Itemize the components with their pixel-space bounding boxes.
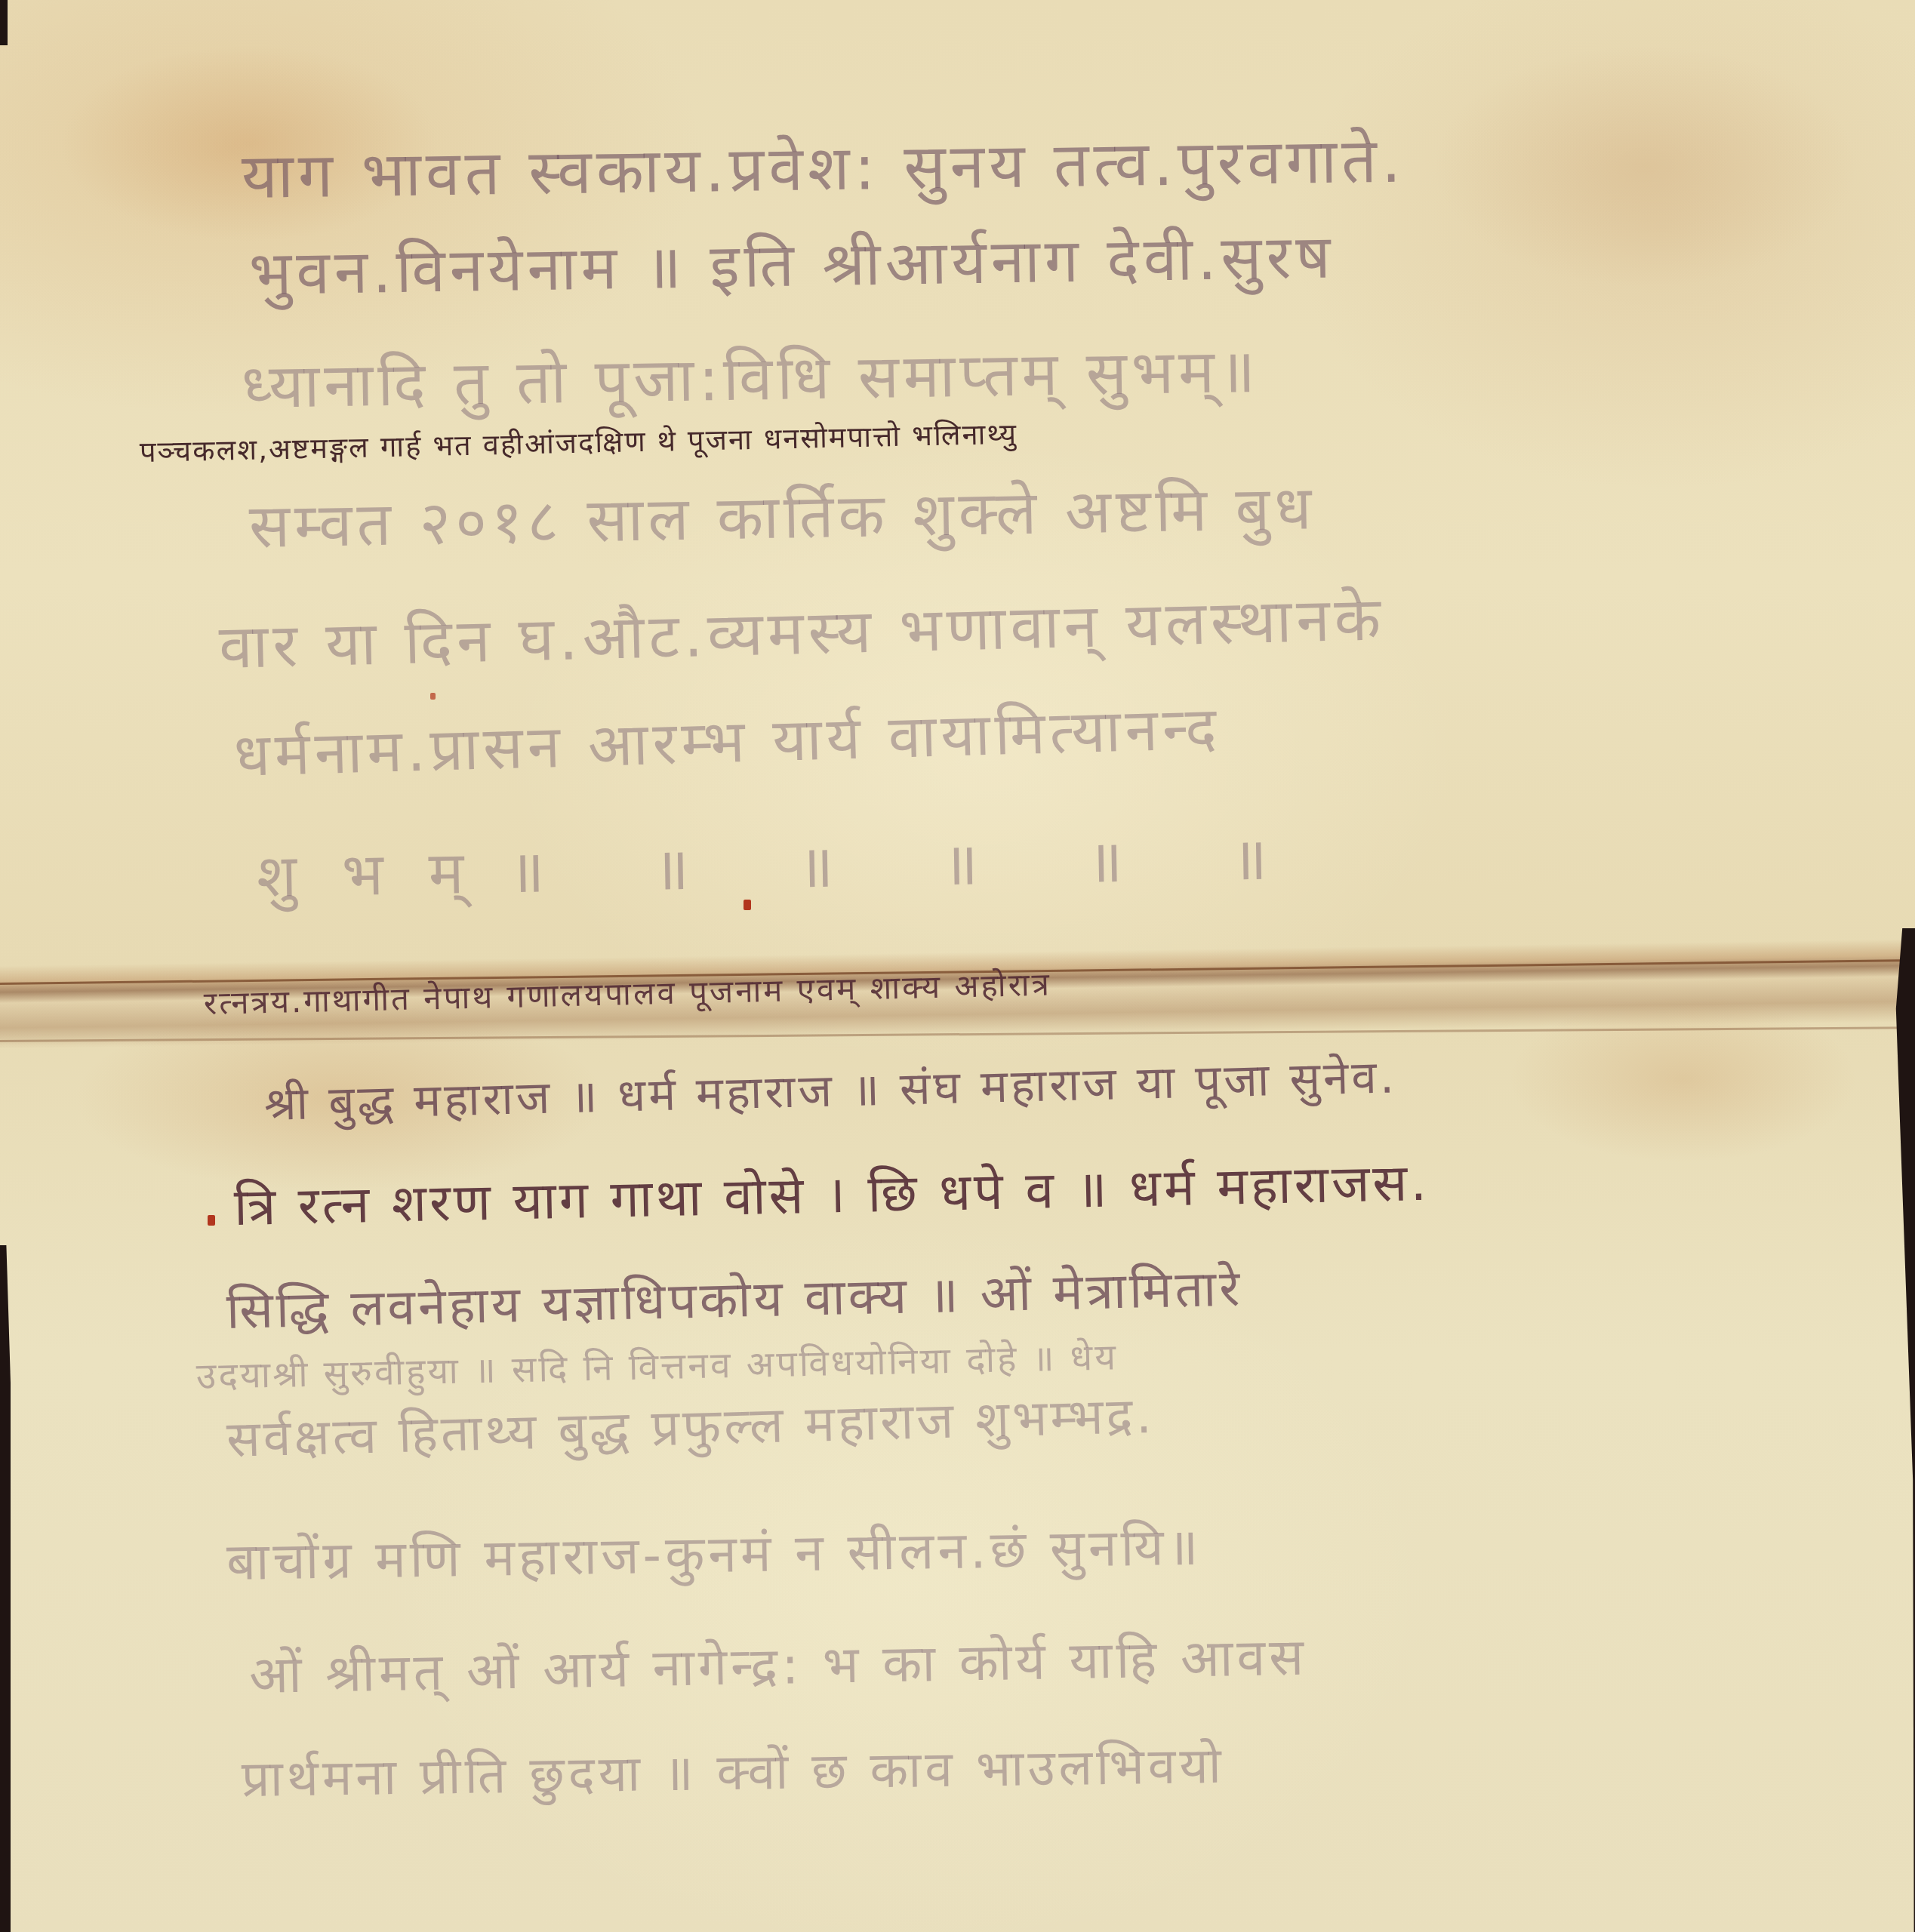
manuscript-line-3: ध्यानादि तु तो पूजा:विधि समाप्तम् सुभम्॥ xyxy=(241,328,1261,426)
manuscript-line-13: बाचोंग्र मणि महाराज-कुनमं न सीलन.छं सुनय… xyxy=(226,1509,1202,1595)
page-edge-left-top xyxy=(0,0,8,45)
manuscript-line-date: सम्वत २०१८ साल कार्तिक शुक्ले अष्टमि बुध xyxy=(248,464,1316,565)
manuscript-line-6: धर्मनाम.प्रासन आरम्भ यार्य वायामित्यानन्… xyxy=(233,686,1222,793)
manuscript-line-10: सिद्धि लवनेहाय यज्ञाधिपकोय वाक्य ॥ ओं मे… xyxy=(226,1252,1243,1343)
manuscript-line-2: भुवन.विनयेनाम ॥ इति श्रीआर्यनाग देवी.सुर… xyxy=(248,213,1335,312)
manuscript-line-5: वार या दिन घ.औट.व्यमस्य भणावान् यलस्थानक… xyxy=(218,575,1387,686)
manuscript-line-14: ओं श्रीमत् ओं आर्य नागेन्द्र: भ का कोर्य… xyxy=(248,1620,1308,1708)
ink-blot xyxy=(430,693,436,700)
manuscript-line-15: प्रार्थमना प्रीति छुदया ॥ क्वों छ काव भा… xyxy=(241,1730,1225,1811)
page-edge-left-bottom xyxy=(0,1245,11,1932)
margin-red-dot xyxy=(208,1215,215,1226)
ink-blot xyxy=(744,900,751,910)
manuscript-line-1: याग भावत स्वकाय.प्रवेश: सुनय तत्व.पुरवगा… xyxy=(241,115,1405,217)
paper-stain xyxy=(1434,45,1857,287)
manuscript-line-7: शुभम्॥ ॥ ॥ ॥ ॥ ॥ xyxy=(256,816,1313,914)
manuscript-page: याग भावत स्वकाय.प्रवेश: सुनय तत्व.पुरवगा… xyxy=(0,0,1915,1932)
